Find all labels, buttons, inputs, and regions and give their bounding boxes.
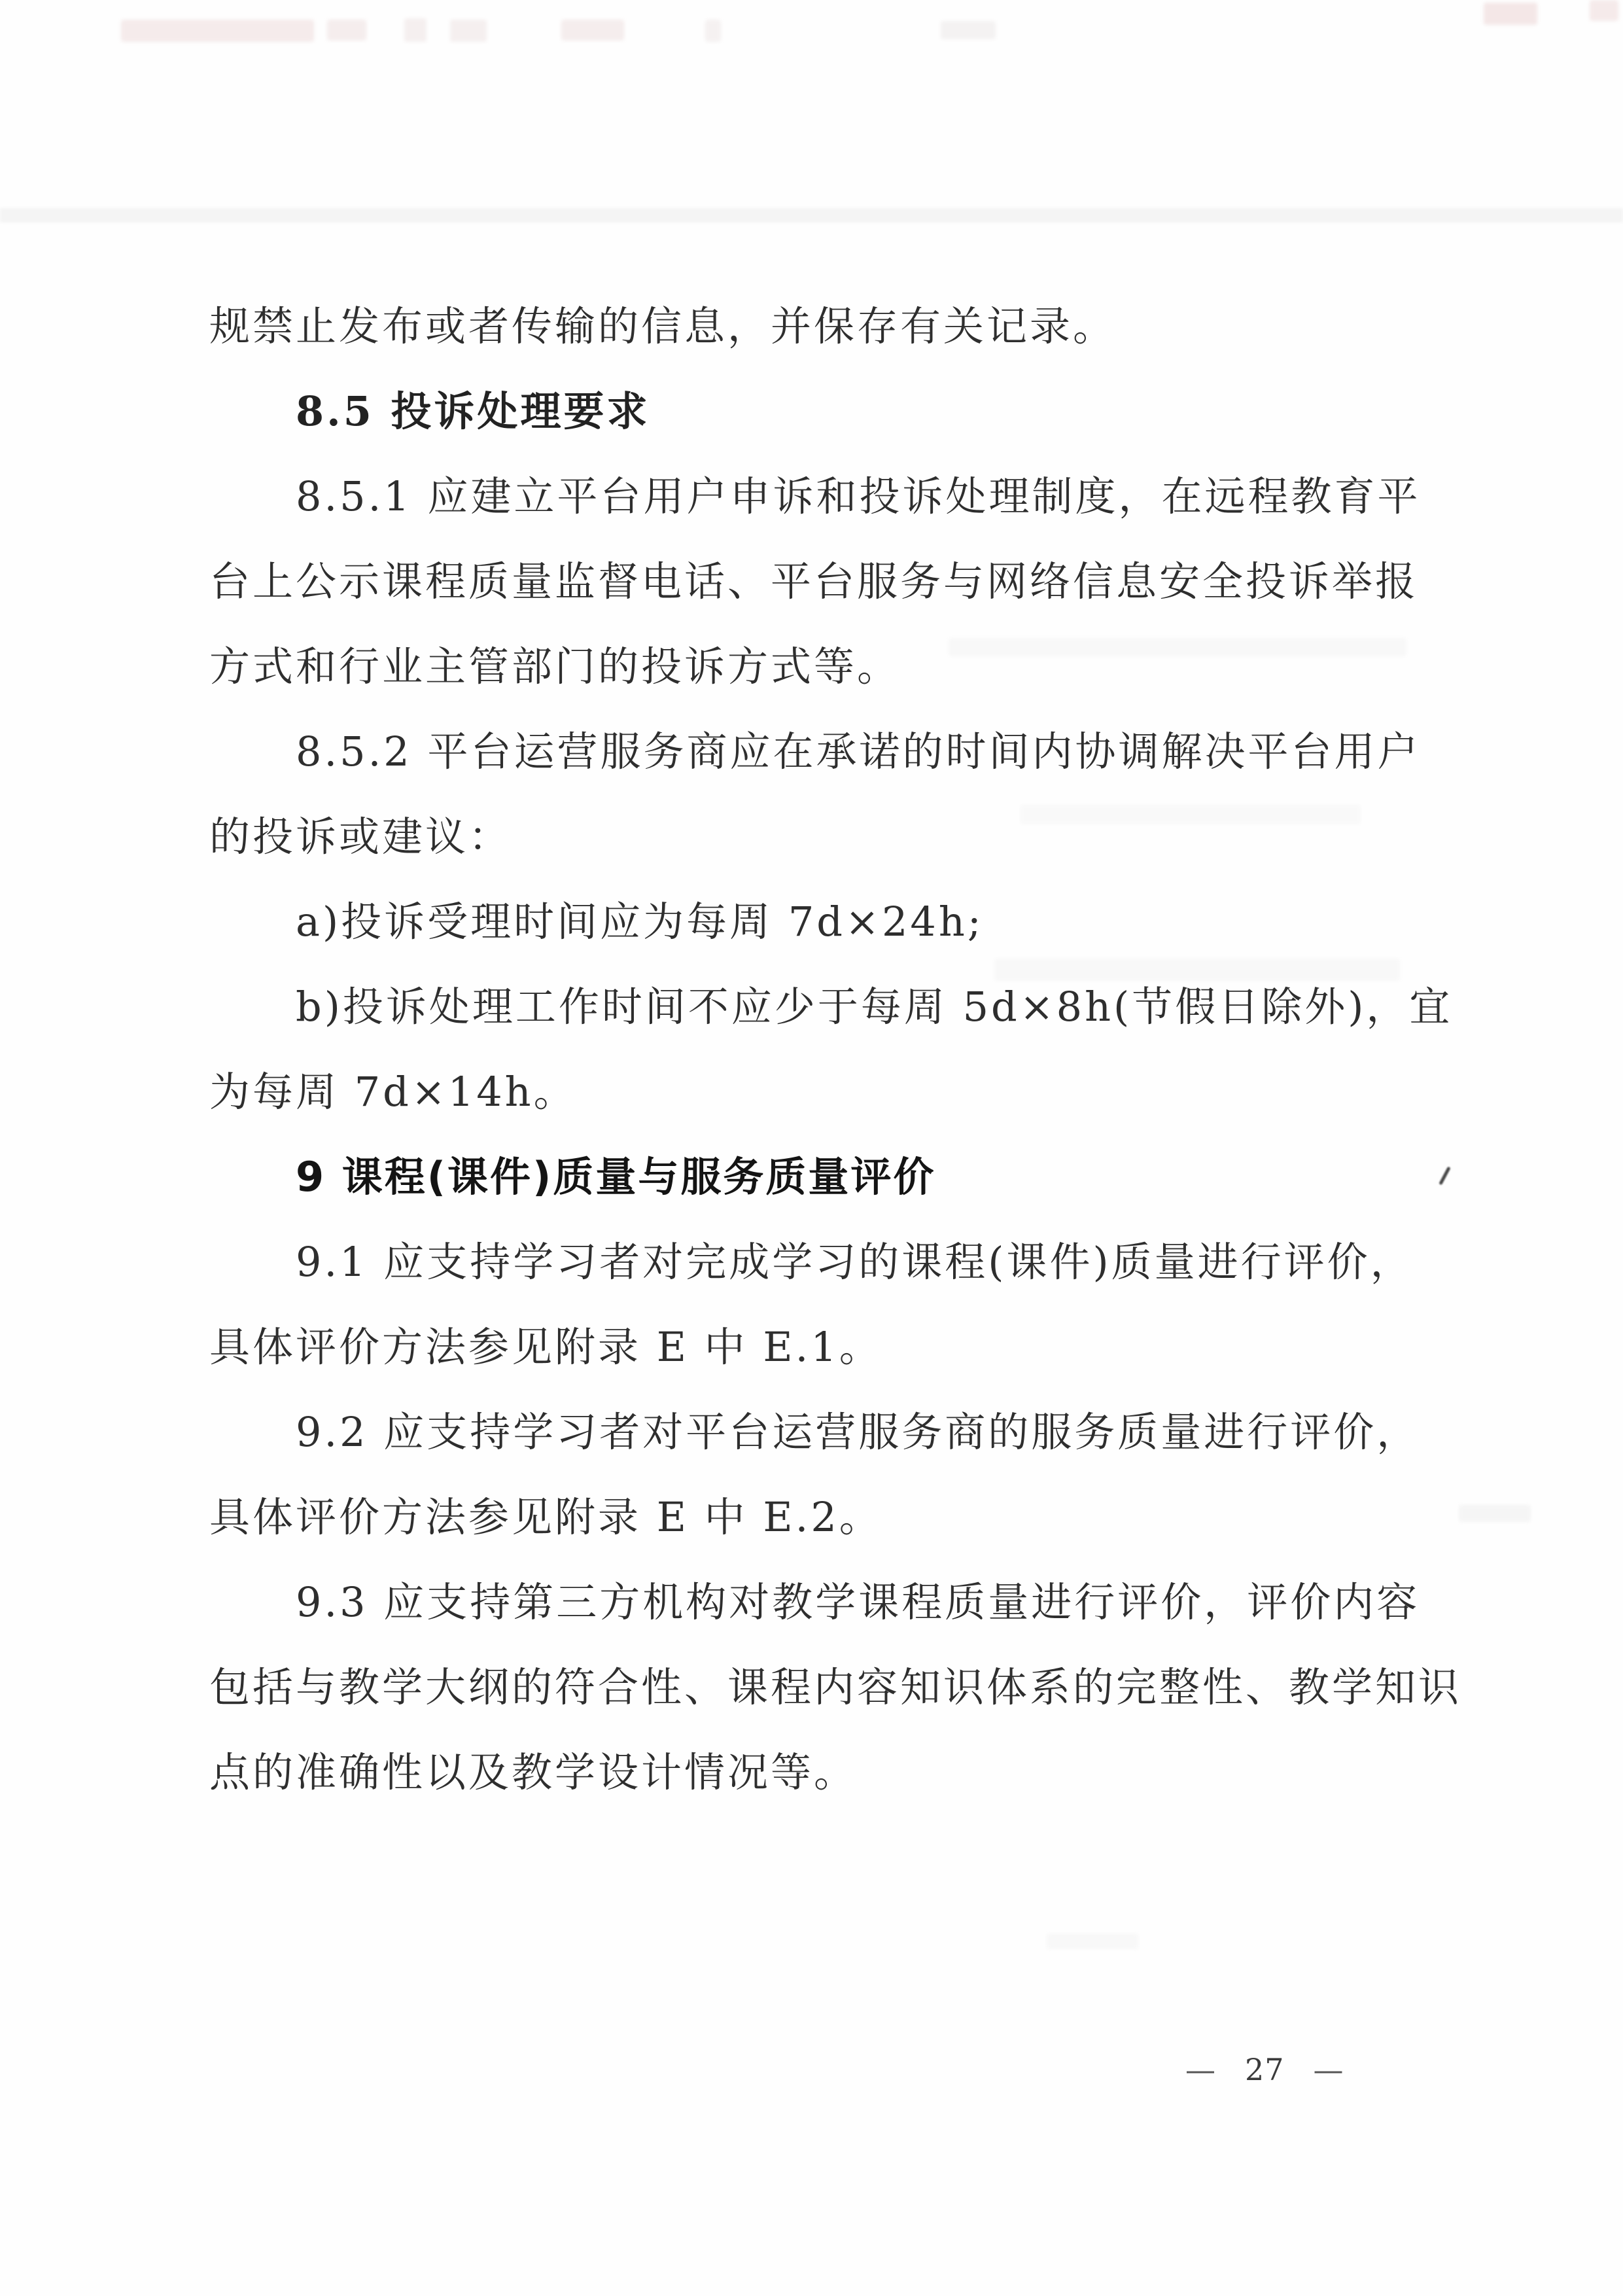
document-text-block: 规禁止发布或者传输的信息，并保存有关记录。 8.5 投诉处理要求 8.5.1 应… xyxy=(209,284,1420,1815)
item-a-line: a)投诉受理时间应为每周 7d×24h; xyxy=(209,879,1420,964)
scan-smudge xyxy=(1590,0,1618,21)
scan-smudge xyxy=(561,20,624,41)
clause-8-5-1-line-2: 台上公示课程质量监督电话、平台服务与网络信息安全投诉举报 xyxy=(209,539,1420,624)
clause-8-5-2-line-2: 的投诉或建议： xyxy=(209,794,1420,879)
footer-left-dash: — xyxy=(1185,2052,1216,2087)
clause-9-1-line-1: 9.1 应支持学习者对完成学习的课程(课件)质量进行评价， xyxy=(209,1220,1420,1305)
scan-smudge xyxy=(404,18,427,42)
clause-8-5-1-line-1: 8.5.1 应建立平台用户申诉和投诉处理制度，在远程教育平 xyxy=(209,454,1420,539)
item-b-line-1: b)投诉处理工作时间不应少于每周 5d×8h(节假日除外)，宜 xyxy=(209,964,1420,1050)
section-9-heading: 9 课程(课件)质量与服务质量评价 xyxy=(209,1135,1420,1220)
ink-speck xyxy=(1439,1167,1450,1186)
clause-9-2-line-2: 具体评价方法参见附录 E 中 E.2。 xyxy=(209,1475,1420,1560)
scan-smudge xyxy=(327,20,366,41)
footer-right-dash: — xyxy=(1314,2052,1344,2087)
scan-smudge xyxy=(1484,3,1537,25)
clause-9-3-line-3: 点的准确性以及教学设计情况等。 xyxy=(209,1730,1420,1815)
scan-smudge xyxy=(1459,1505,1531,1522)
clause-9-1-line-2: 具体评价方法参见附录 E 中 E.1。 xyxy=(209,1305,1420,1390)
scanned-document-page: 规禁止发布或者传输的信息，并保存有关记录。 8.5 投诉处理要求 8.5.1 应… xyxy=(0,0,1623,2296)
clause-8-5-2-line-1: 8.5.2 平台运营服务商应在承诺的时间内协调解决平台用户 xyxy=(209,709,1420,794)
clause-8-5-1-line-3: 方式和行业主管部门的投诉方式等。 xyxy=(209,624,1420,709)
scan-smudge xyxy=(121,20,314,42)
page-number-footer: — 27 — xyxy=(1185,2052,1344,2087)
clause-8-5-heading: 8.5 投诉处理要求 xyxy=(209,369,1420,454)
scan-smudge xyxy=(1047,1934,1138,1949)
line-01: 规禁止发布或者传输的信息，并保存有关记录。 xyxy=(209,284,1420,369)
scan-smudge xyxy=(941,21,996,39)
clause-9-3-line-1: 9.3 应支持第三方机构对教学课程质量进行评价，评价内容 xyxy=(209,1560,1420,1645)
scan-bleed-band xyxy=(0,208,1623,222)
clause-9-2-line-1: 9.2 应支持学习者对平台运营服务商的服务质量进行评价， xyxy=(209,1390,1420,1475)
scan-smudge xyxy=(705,20,721,42)
clause-9-3-line-2: 包括与教学大纲的符合性、课程内容知识体系的完整性、教学知识 xyxy=(209,1645,1420,1730)
page-number: 27 xyxy=(1245,2052,1285,2087)
item-b-line-2: 为每周 7d×14h。 xyxy=(209,1050,1420,1135)
scan-smudge xyxy=(450,20,487,42)
